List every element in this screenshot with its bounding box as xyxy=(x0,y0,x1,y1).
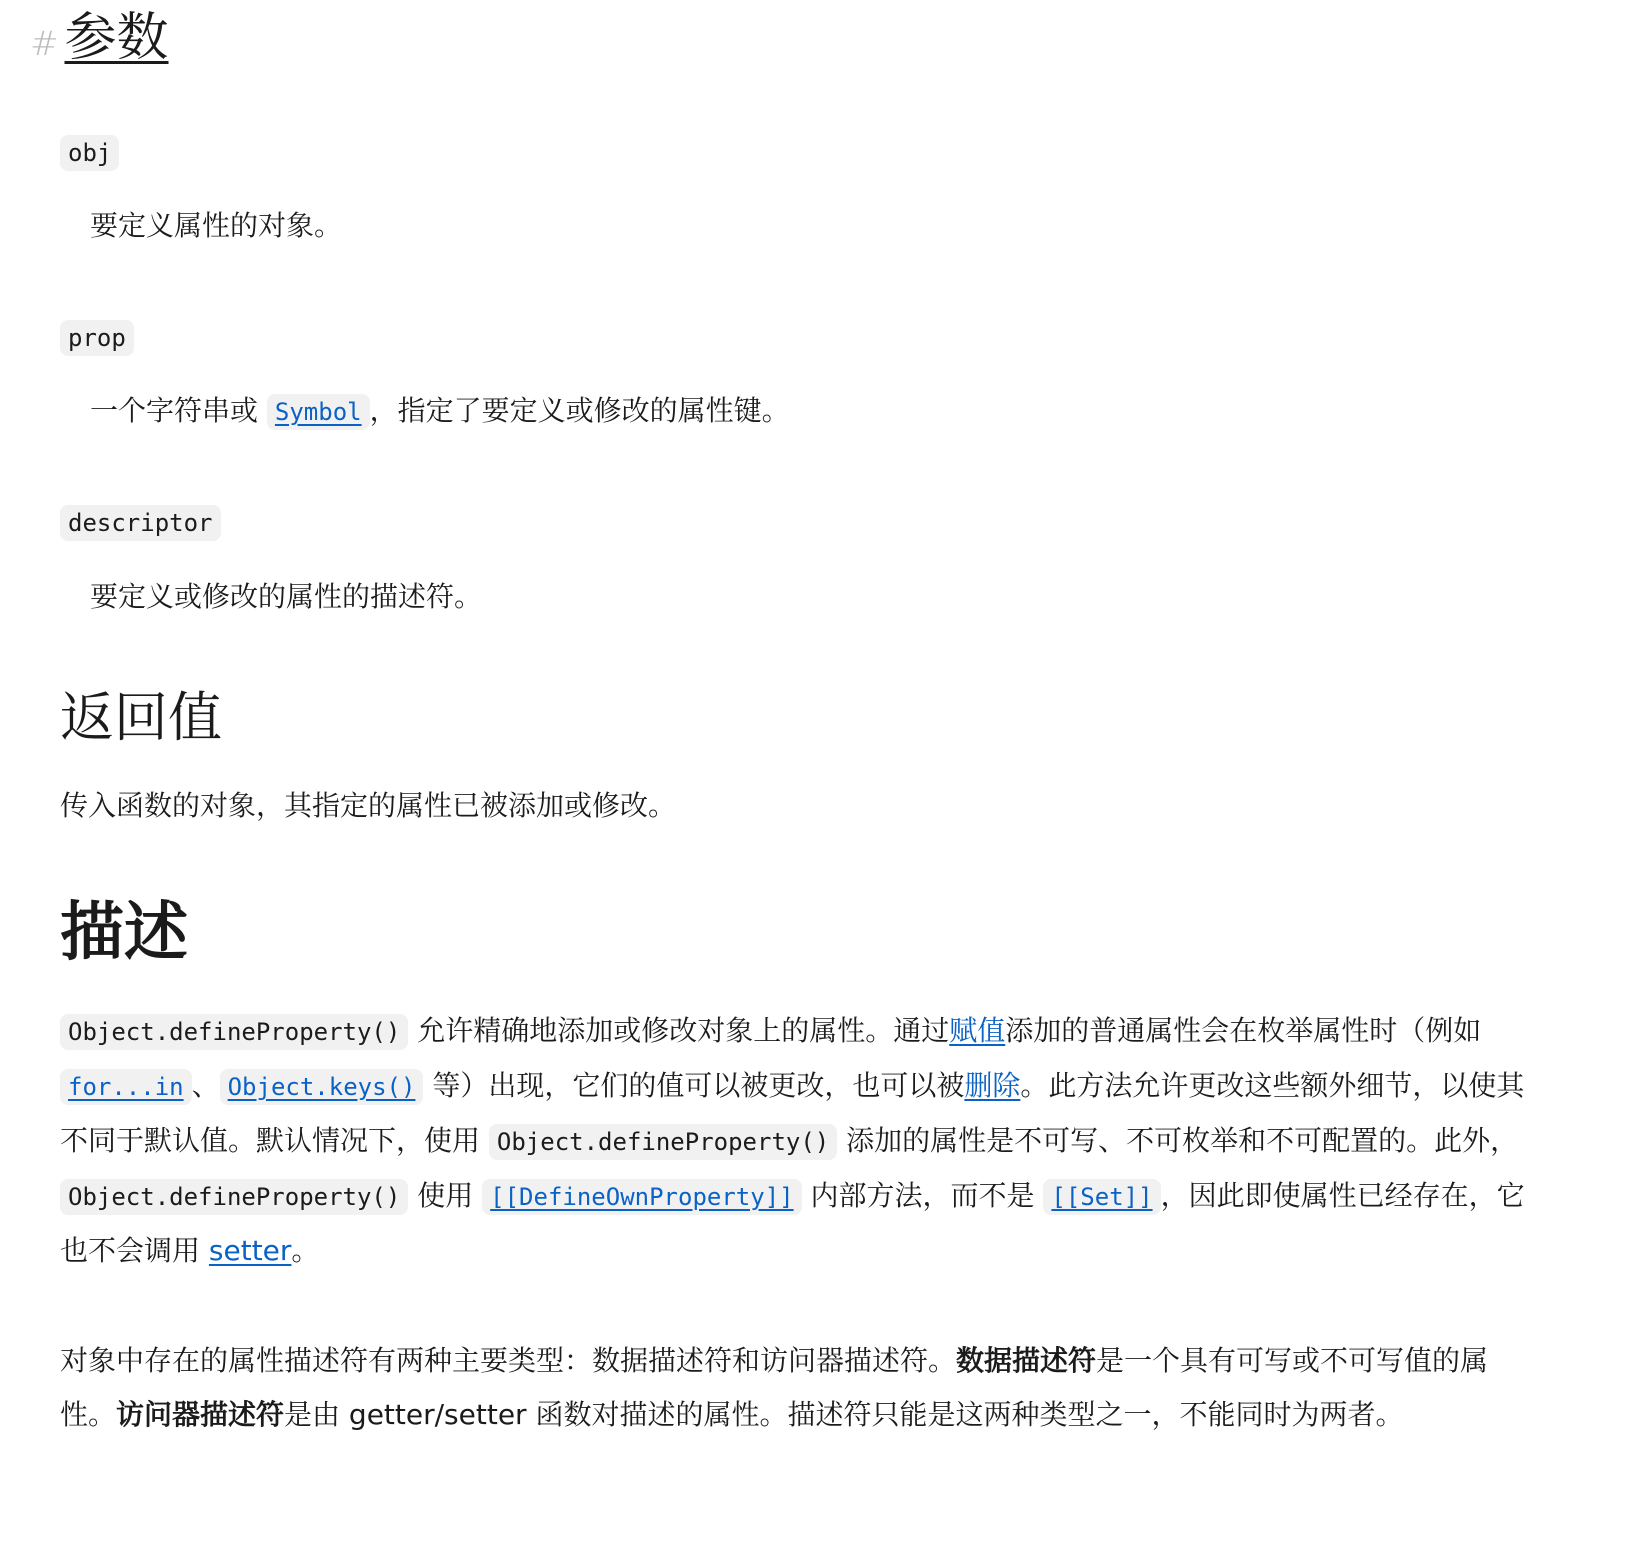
symbol-code-link[interactable]: Symbol xyxy=(267,394,370,430)
text: 。 xyxy=(291,1234,319,1267)
parameters-heading-link[interactable]: 参数 xyxy=(65,0,169,76)
text: 等）出现，它们的值可以被更改，也可以被 xyxy=(423,1069,964,1102)
description-paragraph-1: Object.defineProperty() 允许精确地添加或修改对象上的属性… xyxy=(60,1004,1540,1278)
text: 对象中存在的属性描述符有两种主要类型：数据描述符和访问器描述符。 xyxy=(60,1344,956,1377)
param-desc-descriptor: 要定义或修改的属性的描述符。 xyxy=(90,577,482,617)
return-value-text: 传入函数的对象，其指定的属性已被添加或修改。 xyxy=(60,786,676,826)
param-term-prop: prop xyxy=(60,324,134,352)
desc-text: 一个字符串或 xyxy=(90,394,267,427)
object-keys-code-link[interactable]: Object.keys() xyxy=(220,1069,424,1105)
text: 添加的普通属性会在枚举属性时（例如 xyxy=(1005,1014,1481,1047)
define-property-code: Object.defineProperty() xyxy=(60,1179,408,1215)
text: 、 xyxy=(192,1069,220,1102)
parameters-heading: # 参数 xyxy=(30,0,169,82)
define-property-code: Object.defineProperty() xyxy=(489,1124,837,1160)
param-term-obj: obj xyxy=(60,139,119,167)
param-term-descriptor: descriptor xyxy=(60,509,221,537)
accessor-descriptor-term: 访问器描述符 xyxy=(116,1398,284,1431)
text: 添加的属性是不可写、不可枚举和不可配置的。此外， xyxy=(837,1124,1518,1157)
param-desc-obj: 要定义属性的对象。 xyxy=(90,206,342,246)
param-descriptor-code: descriptor xyxy=(60,505,221,541)
text: 是由 getter/setter 函数对描述的属性。描述符只能是这两种类型之一，… xyxy=(284,1398,1403,1431)
text: 允许精确地添加或修改对象上的属性。通过 xyxy=(408,1014,949,1047)
return-value-heading: 返回值 xyxy=(60,680,222,756)
define-property-code: Object.defineProperty() xyxy=(60,1014,408,1050)
object-keys-link[interactable]: Object.keys() xyxy=(228,1073,416,1101)
heading-anchor-link[interactable]: # xyxy=(30,6,59,82)
data-descriptor-term: 数据描述符 xyxy=(956,1344,1096,1377)
assignment-link[interactable]: 赋值 xyxy=(949,1014,1005,1047)
desc-text: ，指定了要定义或修改的属性键。 xyxy=(370,394,790,427)
setter-link[interactable]: setter xyxy=(209,1234,292,1267)
description-paragraph-2: 对象中存在的属性描述符有两种主要类型：数据描述符和访问器描述符。数据描述符是一个… xyxy=(60,1334,1540,1442)
delete-link[interactable]: 删除 xyxy=(964,1069,1020,1102)
symbol-link[interactable]: Symbol xyxy=(275,398,362,426)
set-link[interactable]: [[Set]] xyxy=(1051,1183,1152,1211)
text: 内部方法，而不是 xyxy=(802,1179,1044,1212)
for-in-link[interactable]: for...in xyxy=(68,1073,184,1101)
description-heading: 描述 xyxy=(60,893,188,973)
param-desc-prop: 一个字符串或 Symbol，指定了要定义或修改的属性键。 xyxy=(90,391,790,432)
param-obj-code: obj xyxy=(60,135,119,171)
param-prop-code: prop xyxy=(60,320,134,356)
define-own-property-code-link[interactable]: [[DefineOwnProperty]] xyxy=(482,1179,801,1215)
text: 使用 xyxy=(408,1179,482,1212)
set-code-link[interactable]: [[Set]] xyxy=(1043,1179,1160,1215)
define-own-property-link[interactable]: [[DefineOwnProperty]] xyxy=(490,1183,793,1211)
for-in-code-link[interactable]: for...in xyxy=(60,1069,192,1105)
